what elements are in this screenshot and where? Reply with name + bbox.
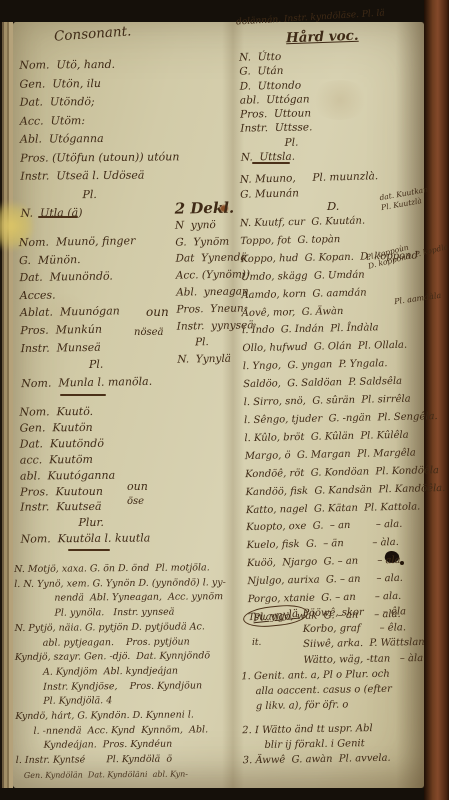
manuscript-line: Pros. (Utöfun (utoun)) utóun — [20, 148, 179, 168]
declension-heading: D. — [327, 199, 339, 213]
left-notes-block: N. Motjö, xaxa. G. ön D. önd Pl. motjöla… — [14, 561, 248, 784]
manuscript-line: N. Utla (ä) — [21, 203, 180, 223]
manuscript-line: Nom. Utö, hand. — [19, 55, 178, 75]
manuscript-line: Dat. Kuutöndö — [20, 435, 150, 452]
manuscript-line: alla oaccent. casus o (efter — [255, 682, 392, 700]
manuscript-line: N. Útto — [239, 49, 311, 65]
manuscript-line: nendä Abl. Yyneagan, Acc. yynöm — [54, 590, 246, 606]
manuscript-line: Pööwê, skor – êla — [302, 604, 424, 622]
manuscript-line: Pl. — [82, 185, 179, 204]
manuscript-line: 3. Äwwê G. awàn Pl. avvela. — [243, 751, 394, 769]
manuscript-line: Dat. Utöndö; — [20, 92, 179, 112]
manuscript-line: G. Münön. — [19, 249, 150, 269]
manuscript-line: Instr. Uttsse. — [240, 121, 312, 137]
manuscript-photo: Consonant. Nom. Utö, hand.Gen. Utön, ilu… — [0, 0, 449, 800]
book-page-edges — [0, 22, 13, 788]
manuscript-line: Pl. — [89, 355, 152, 374]
muuno-paradigm: Nom. Muunö, fingerG. Münön.Dat. Muunöndö… — [19, 232, 153, 393]
noun-list-continued: Pööwê, skor – êlaKorbo, graf – êla.Siiwê… — [302, 604, 425, 669]
margin-note-ose: öse — [127, 496, 144, 507]
manuscript-line: D. Uttondo — [240, 78, 312, 94]
utto-paradigm: N. ÚttoG. UtánD. Uttondoabl. UttóganPros… — [239, 49, 313, 165]
right-column-title: Hård voc. — [286, 28, 359, 47]
manuscript-line: Nom. Kuutöla l. kuutla — [20, 531, 150, 548]
manuscript-line: Instr. Utseä l. Udöseä — [20, 166, 179, 186]
manuscript-line: Pros. Munkún — [20, 320, 151, 340]
manuscript-line: Nom. Kuutö. — [19, 403, 149, 420]
manuscript-line: Acc. Utöm: — [20, 111, 179, 131]
divider-dash — [38, 216, 78, 218]
manuscript-line: Nom. Munla l. manöla. — [21, 373, 152, 393]
manuscript-line: Instr. Munseä — [20, 337, 151, 357]
numbered-notes: 1. Genit. ant. a, Pl o Plur. ochalla oac… — [241, 667, 393, 769]
circled-note-below: it. — [252, 638, 261, 648]
margin-note-oun: oun — [127, 480, 148, 493]
manuscript-line: Pl. yynöla. Instr. yynseä — [54, 605, 246, 621]
manuscript-line: G. Után — [239, 64, 311, 80]
noun-list: N. Kuutf, cur G. Kuután.Toppo, fot G. to… — [240, 211, 449, 627]
divider-dash — [60, 394, 106, 396]
manuscript-line: Gen. Kuutön — [20, 419, 150, 436]
manuscript-line: Abl. Utóganna — [20, 129, 179, 149]
margin-note-noseo: nöseä — [134, 327, 163, 338]
divider-dash — [68, 549, 110, 551]
manuscript-line: Gen. Utön, ilu — [19, 74, 178, 94]
kuuto-paradigm: Nom. Kuutö.Gen. KuutönDat. Kuutöndöacc. … — [19, 403, 150, 547]
margin-note-oun: oun — [146, 305, 169, 319]
right-muuno-paradigm: N. Muuno, Pl. muunzlà.G. Muunán — [240, 169, 379, 202]
manuscript-line: Dat. Muunöndö. — [19, 267, 150, 287]
manuscript-line: Gen. Kyndölän Dat. Kyndöläni abl. Kyn- — [24, 767, 248, 784]
manuscript-line: Plur. — [78, 515, 150, 532]
foxing-stain — [310, 80, 370, 120]
manuscript-line: Ablat. Muunógan — [20, 302, 151, 322]
circled-note-text: Pl. ynylä — [252, 608, 298, 625]
manuscript-line: Pl. — [284, 135, 312, 150]
manuscript-line: abl. Uttógan — [240, 92, 312, 108]
manuscript-line: Acces. — [20, 285, 151, 305]
manuscript-line: Pros. Uttoun — [240, 107, 312, 123]
uto-paradigm: Nom. Utö, hand.Gen. Utön, iluDat. Utöndö… — [19, 55, 180, 223]
manuscript-line: Nom. Muunö, finger — [19, 232, 150, 252]
divider-dash — [252, 162, 290, 164]
manuscript-line: g likv. a), för öfr. o — [256, 697, 393, 715]
manuscript-line: 2. I Wätto änd tt uspr. Abl — [242, 720, 393, 738]
manuscript-line: acc. Kuutöm — [20, 451, 150, 468]
